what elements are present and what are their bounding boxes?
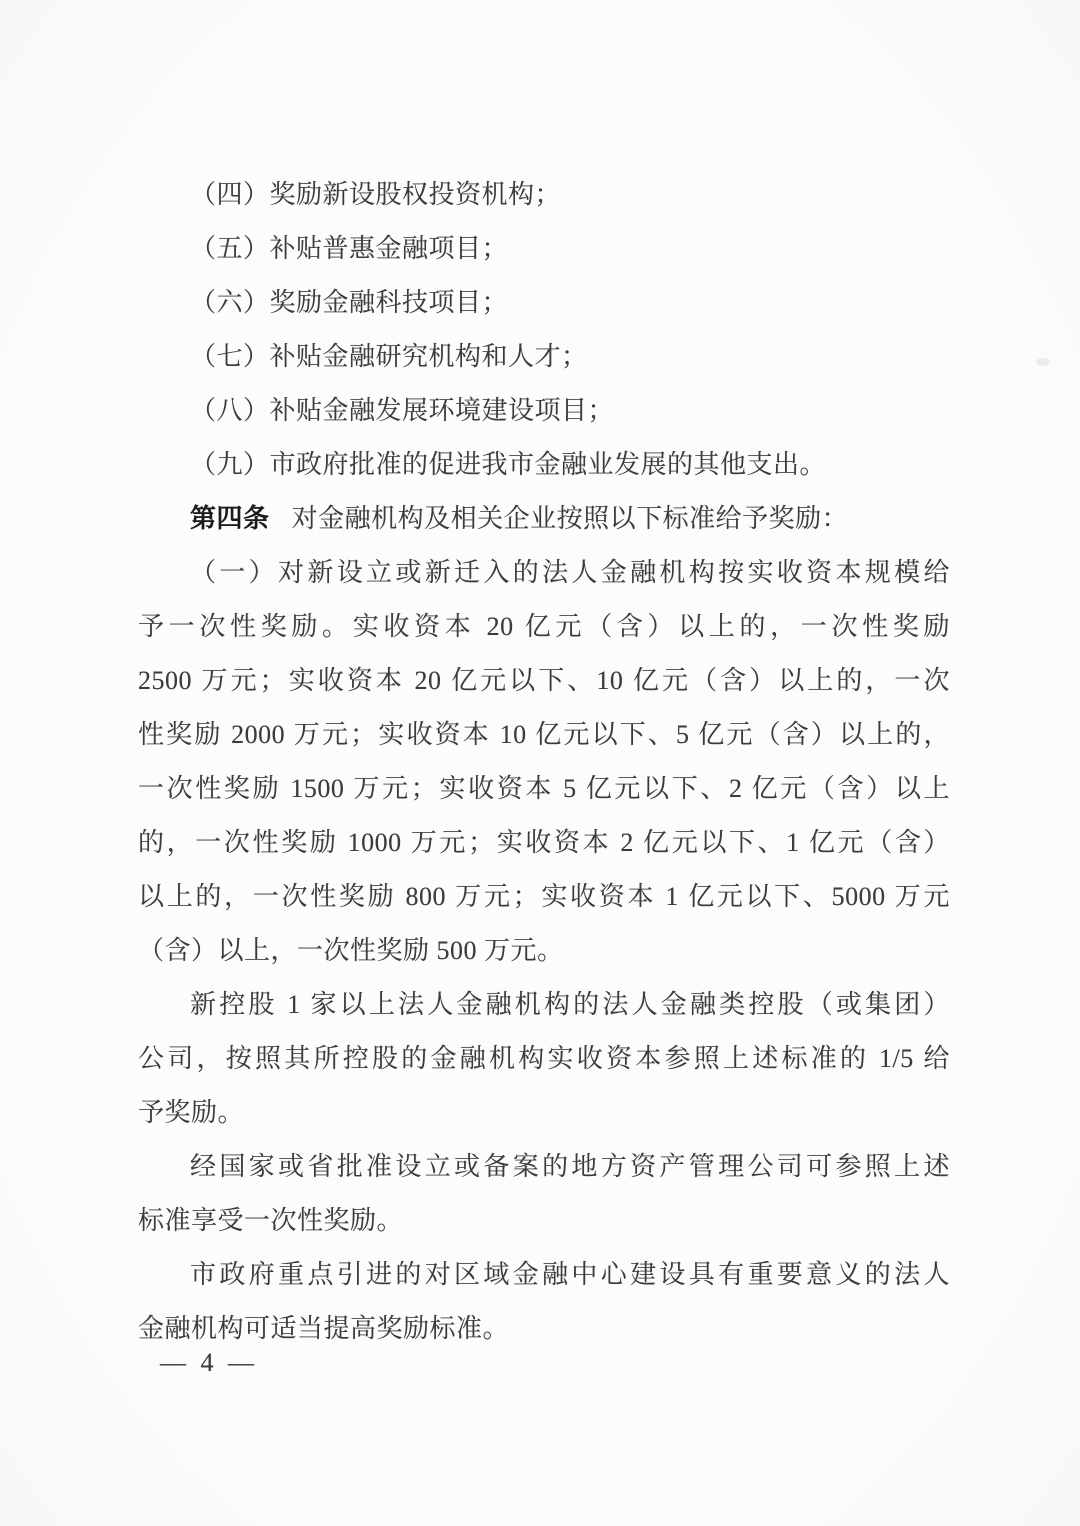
text-line: （八）补贴金融发展环境建设项目； — [138, 384, 950, 438]
text-line: （七）补贴金融研究机构和人才； — [138, 330, 950, 384]
article-number-label: 第四条 — [190, 504, 270, 533]
text-line: 标准享受一次性奖励。 — [138, 1194, 950, 1248]
scan-artifact — [1036, 358, 1050, 366]
text-line: 的，一次性奖励 1000 万元；实收资本 2 亿元以下、1 亿元（含） — [138, 816, 950, 870]
text-line: （九）市政府批准的促进我市金融业发展的其他支出。 — [138, 438, 950, 492]
text-line: 经国家或省批准设立或备案的地方资产管理公司可参照上述 — [138, 1140, 950, 1194]
text-line: 第四条对金融机构及相关企业按照以下标准给予奖励： — [138, 492, 950, 546]
text-line: （六）奖励金融科技项目； — [138, 276, 950, 330]
text-line: 公司，按照其所控股的金融机构实收资本参照上述标准的 1/5 给 — [138, 1032, 950, 1086]
text-line: （五）补贴普惠金融项目； — [138, 222, 950, 276]
text-line: 2500 万元；实收资本 20 亿元以下、10 亿元（含）以上的，一次 — [138, 654, 950, 708]
document-body: （四）奖励新设股权投资机构；（五）补贴普惠金融项目；（六）奖励金融科技项目；（七… — [138, 168, 950, 1356]
text-line: 金融机构可适当提高奖励标准。 — [138, 1302, 950, 1356]
page-number: — 4 — — [160, 1338, 258, 1388]
text-line: （含）以上，一次性奖励 500 万元。 — [138, 924, 950, 978]
text-line: （四）奖励新设股权投资机构； — [138, 168, 950, 222]
text-line: 予一次性奖励。实收资本 20 亿元（含）以上的，一次性奖励 — [138, 600, 950, 654]
text-line: 以上的，一次性奖励 800 万元；实收资本 1 亿元以下、5000 万元 — [138, 870, 950, 924]
text-line: 新控股 1 家以上法人金融机构的法人金融类控股（或集团） — [138, 978, 950, 1032]
text-line: 性奖励 2000 万元；实收资本 10 亿元以下、5 亿元（含）以上的， — [138, 708, 950, 762]
text-line: 市政府重点引进的对区域金融中心建设具有重要意义的法人 — [138, 1248, 950, 1302]
text-line: 一次性奖励 1500 万元；实收资本 5 亿元以下、2 亿元（含）以上 — [138, 762, 950, 816]
text-line: （一）对新设立或新迁入的法人金融机构按实收资本规模给 — [138, 546, 950, 600]
document-page: （四）奖励新设股权投资机构；（五）补贴普惠金融项目；（六）奖励金融科技项目；（七… — [0, 0, 1080, 1526]
text-line: 予奖励。 — [138, 1086, 950, 1140]
